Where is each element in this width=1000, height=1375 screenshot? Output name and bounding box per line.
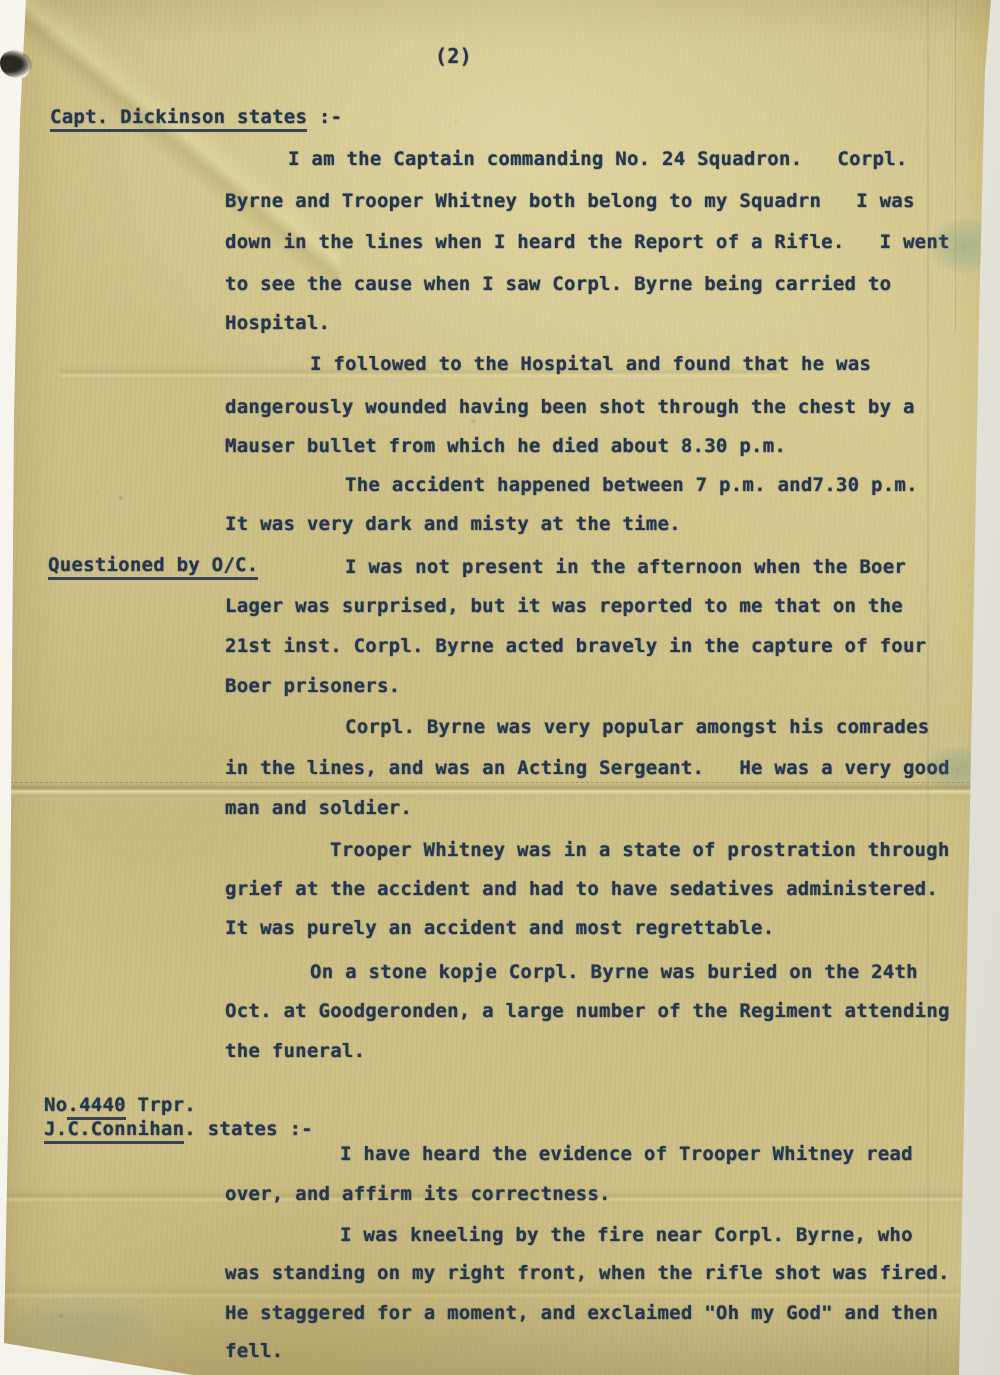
speaker-heading-capt-dickinson: Capt. Dickinson states :- <box>50 106 342 129</box>
typed-line: grief at the accident and had to have se… <box>225 878 938 901</box>
typed-line: over, and affirm its correctness. <box>225 1183 611 1206</box>
speaker-name-underlined: J.C.Connihan <box>44 1118 184 1144</box>
typed-line: was standing on my right front, when the… <box>225 1262 950 1285</box>
typed-line: I followed to the Hospital and found tha… <box>310 353 871 376</box>
speaker-heading-questioned-by-oc: Questioned by O/C. <box>48 554 258 577</box>
speaker-suffix: . states :- <box>184 1118 313 1140</box>
speaker-heading-trooper-number: No.4440 Trpr. <box>44 1094 196 1117</box>
paper-sheet: (2) Capt. Dickinson states :- I am the C… <box>0 0 1000 1375</box>
ink-stain-right-middle <box>922 746 994 792</box>
page-number: (2) <box>435 45 472 68</box>
speaker-name-underlined: Capt. Dickinson states <box>50 106 307 132</box>
crease-vertical <box>927 0 929 1375</box>
typed-line: to see the cause when I saw Corpl. Byrne… <box>225 273 891 296</box>
typed-line: It was purely an accident and most regre… <box>225 917 774 940</box>
typed-line: Byrne and Trooper Whitney both belong to… <box>225 190 915 213</box>
speaker-number-underlined: .4440 <box>67 1094 125 1120</box>
staple-tear-mark <box>0 50 32 78</box>
typed-line: I was kneeling by the fire near Corpl. B… <box>340 1224 913 1247</box>
speaker-heading-connihan: J.C.Connihan. states :- <box>44 1118 313 1141</box>
typed-line: He staggered for a moment, and exclaimed… <box>225 1302 938 1325</box>
typed-line: Mauser bullet from which he died about 8… <box>225 435 786 458</box>
typed-line: Lager was surprised, but it was reported… <box>225 595 903 618</box>
speaker-number-prefix: No <box>44 1094 67 1116</box>
crease-horizontal-bottom <box>0 1286 1000 1302</box>
typed-line: fell. <box>225 1340 283 1363</box>
typed-line: Oct. at Goodgeronden, a large number of … <box>225 1000 950 1023</box>
typed-line: Trooper Whitney was in a state of prostr… <box>330 839 950 862</box>
typed-line: I am the Captain commanding No. 24 Squad… <box>288 148 908 171</box>
scanned-document-page: (2) Capt. Dickinson states :- I am the C… <box>0 0 1000 1375</box>
typed-line: The accident happened between 7 p.m. and… <box>345 474 918 497</box>
typed-line: Corpl. Byrne was very popular amongst hi… <box>345 716 929 739</box>
typed-line: On a stone kopje Corpl. Byrne was buried… <box>310 961 918 984</box>
typed-line: Hospital. <box>225 312 330 335</box>
typed-line: It was very dark and misty at the time. <box>225 513 681 536</box>
crease-horizontal-main <box>0 782 1000 798</box>
ink-stain-right-upper <box>928 218 1000 274</box>
typed-line: Boer prisoners. <box>225 675 400 698</box>
typed-line: in the lines, and was an Acting Sergeant… <box>225 757 950 780</box>
ink-stain-bottom-left <box>6 1296 156 1360</box>
typed-line: I have heard the evidence of Trooper Whi… <box>340 1143 913 1166</box>
typed-line: I was not present in the afternoon when … <box>345 556 906 579</box>
typed-line: down in the lines when I heard the Repor… <box>225 231 950 254</box>
ink-speckles <box>0 0 2 2</box>
crease-vertical-top-right <box>955 0 956 330</box>
speaker-name-underlined: Questioned by O/C. <box>48 554 258 580</box>
speaker-suffix: :- <box>307 106 342 128</box>
typed-line: 21st inst. Corpl. Byrne acted bravely in… <box>225 635 926 658</box>
speaker-number-suffix: Trpr. <box>126 1094 196 1116</box>
typed-line: man and soldier. <box>225 797 412 820</box>
typed-line: the funeral. <box>225 1040 365 1063</box>
typed-line: dangerously wounded having been shot thr… <box>225 396 915 419</box>
